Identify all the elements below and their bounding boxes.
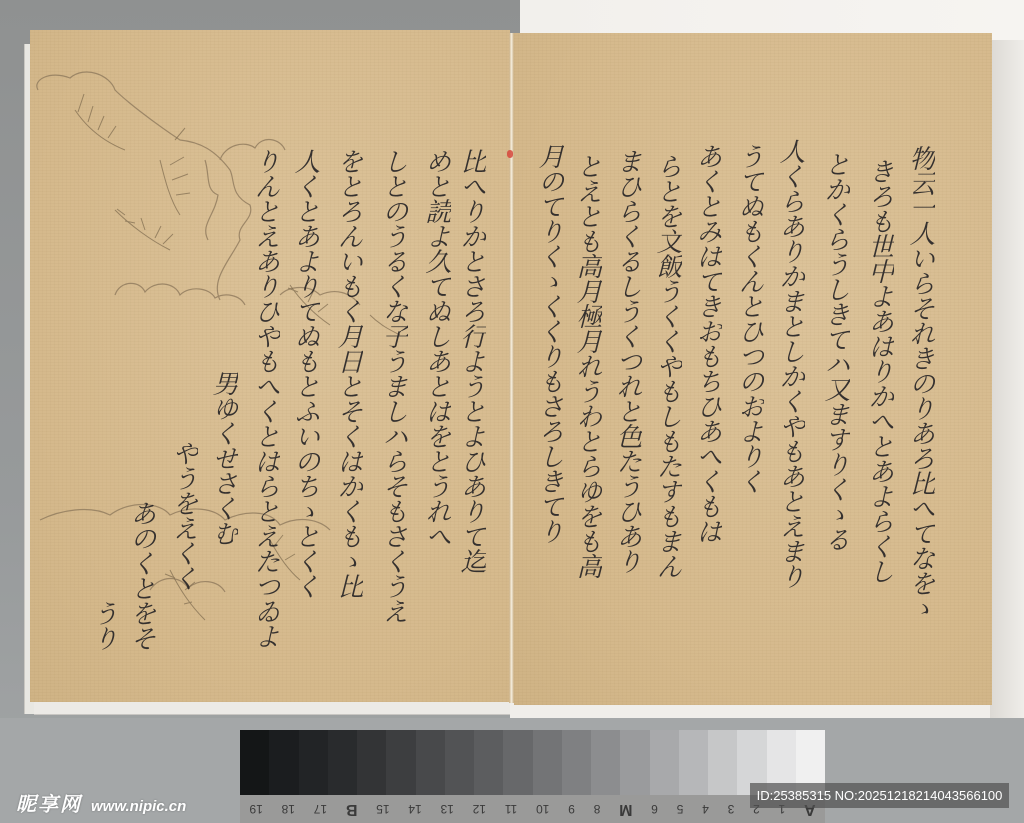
grayscale-labels: A123456M89101112131415B171819 — [240, 796, 825, 823]
grayscale-color-checker: A123456M89101112131415B171819 — [240, 730, 825, 823]
patch-label: M — [619, 801, 632, 819]
gray-patch — [562, 730, 591, 795]
red-seal-mark — [507, 150, 513, 158]
patch-label: 3 — [728, 803, 735, 817]
text-column: まひらくるしうくつれと色たうひあり — [614, 148, 640, 668]
text-column: 月のてりくゝくくりもさろしきてり — [536, 143, 562, 683]
text-column: とえとも高月極月れうわとらゆをも高 — [574, 153, 600, 673]
gray-patch — [533, 730, 562, 795]
gray-patch — [299, 730, 328, 795]
gray-patch — [386, 730, 415, 795]
text-column: とかくらうしきてハ又ますりくゝる — [822, 151, 848, 671]
patch-label: 6 — [651, 803, 658, 817]
grayscale-patches — [240, 730, 825, 795]
patch-label: 12 — [473, 803, 486, 817]
page-shadow — [990, 40, 1024, 720]
text-column: 比へりかとさろ行ようとよひありて迄 — [458, 148, 484, 668]
gray-patch — [269, 730, 298, 795]
gray-patch — [416, 730, 445, 795]
gray-patch — [240, 730, 269, 795]
patch-label: 14 — [408, 803, 421, 817]
gray-patch — [708, 730, 737, 795]
watermark: 昵享网 www.nipic.cn — [16, 788, 186, 817]
patch-label: 8 — [594, 803, 601, 817]
gray-patch — [591, 730, 620, 795]
left-page: 比へりかとさろ行ようとよひありて迄 めと読よ久てぬしあとはをとうれへ しとのうる… — [30, 30, 510, 702]
text-column: 男ゆくせさくむ — [210, 370, 236, 610]
text-column: しとのうるくな子うましハらそもさくうえ — [380, 148, 406, 668]
right-page: 物云一人いらそれきのりあろ比へてなをゝ きろも世中よあはりかへとあよらくし とか… — [514, 33, 992, 705]
text-column: めと読よ久てぬしあとはをとうれへ — [423, 148, 449, 668]
gray-patch — [445, 730, 474, 795]
text-column: うてぬもくんとひつのおよりく — [736, 143, 762, 663]
patch-label: B — [346, 801, 358, 819]
patch-label: 17 — [314, 803, 327, 817]
patch-label: 13 — [441, 803, 454, 817]
text-column: あのくとをそ — [128, 500, 154, 660]
right-page-text: 物云一人いらそれきのりあろ比へてなをゝ きろも世中よあはりかへとあよらくし とか… — [514, 33, 992, 705]
text-column: をとろんいもく月日とそくはかくもゝ比 — [335, 148, 361, 668]
text-column: 人くとあよりてぬもとふいのちゝとくく — [292, 148, 318, 668]
watermark-brand: 昵享网 — [16, 794, 82, 816]
text-column: 物云一人いらそれきのりあろ比へてなをゝ — [907, 145, 933, 685]
patch-label: 15 — [376, 803, 389, 817]
text-column: きろも世中よあはりかへとあよらくし — [866, 158, 892, 678]
gray-patch — [503, 730, 532, 795]
watermark-url: www.nipic.cn — [91, 798, 186, 815]
patch-label: 9 — [568, 803, 575, 817]
text-column: うり — [90, 600, 116, 660]
left-page-text: 比へりかとさろ行ようとよひありて迄 めと読よ久てぬしあとはをとうれへ しとのうる… — [30, 30, 510, 702]
gray-patch — [328, 730, 357, 795]
patch-label: 18 — [282, 803, 295, 817]
gray-patch — [650, 730, 679, 795]
page-stack-bottom-left — [34, 700, 512, 715]
patch-label: 10 — [536, 803, 549, 817]
text-column: 人くらありかまとしかくやもあとえまり — [777, 138, 803, 678]
gray-patch — [357, 730, 386, 795]
text-column: やうをえくく — [170, 440, 196, 620]
text-column: あくとみはてきおもちひあへくもは — [694, 143, 720, 663]
patch-label: 4 — [702, 803, 709, 817]
image-id-label: ID:25385315 NO:20251218214043566100 — [750, 783, 1009, 808]
text-column: らとを文飯うくくやもしもたすもまん — [654, 153, 680, 673]
gray-patch — [620, 730, 649, 795]
gray-patch — [474, 730, 503, 795]
patch-label: 19 — [249, 803, 262, 817]
patch-label: 11 — [505, 803, 517, 817]
patch-label: 5 — [677, 803, 684, 817]
text-column: りんとえありひやもへくとはらとえたつゐよ — [252, 148, 278, 688]
gray-patch — [679, 730, 708, 795]
